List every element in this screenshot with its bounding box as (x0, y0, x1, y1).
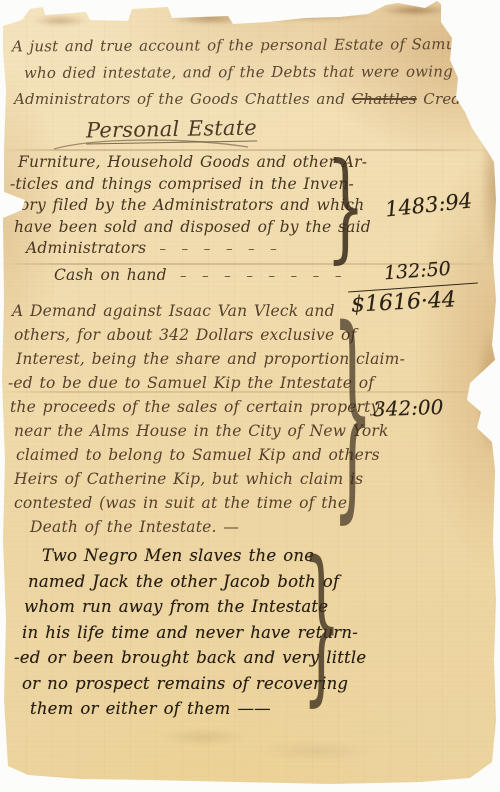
amount-demand: 342:00 (373, 395, 444, 421)
manuscript-page: A just and true account of the personal … (0, 0, 500, 792)
header-line-3: Administrators of the Goods Chattles and… (14, 90, 500, 108)
grouping-brace: } (302, 540, 341, 708)
entry-cash: Cash on hand – – – – – – – – (54, 265, 346, 288)
header-line-1: A just and true account of the personal … (12, 35, 500, 56)
grouping-brace: } (332, 300, 373, 525)
header-line-3-post: Credits of the (417, 90, 500, 108)
grouping-brace: } (326, 148, 365, 266)
ink-bleed-through (120, 715, 400, 770)
filler-dashes: – – – – – – (160, 242, 282, 257)
pen-flourish (52, 136, 252, 152)
paper-stain-right-edge (440, 120, 500, 560)
paper-stain-top-edge (0, 0, 500, 26)
entry-line: have been sold and disposed of by the sa… (14, 217, 371, 239)
entry-furniture: Furniture, Household Goods and other Ar-… (0, 152, 371, 261)
header-line-3-pre: Administrators of the Goods Chattles and (14, 90, 352, 108)
header-line-2: who died intestate, and of the Debts tha… (24, 62, 500, 82)
entry-line: Furniture, Household Goods and other Ar- (18, 152, 371, 174)
amount-furniture: 1483:94 (384, 189, 473, 222)
amount-cash: 132:50 (383, 258, 451, 285)
entry-line-text: Administrators (26, 239, 146, 257)
entry-line: Administrators – – – – – – (26, 238, 371, 261)
filler-dashes: – – – – – – – – (180, 269, 346, 284)
header-line-3-struck-word: Chattles (352, 90, 417, 108)
cash-label: Cash on hand (54, 266, 167, 284)
photo-backdrop: A just and true account of the personal … (0, 0, 500, 792)
entry-line: -ticles and things comprised in the Inve… (10, 174, 371, 196)
entry-line: -tory filed by the Administrators and wh… (8, 195, 371, 217)
